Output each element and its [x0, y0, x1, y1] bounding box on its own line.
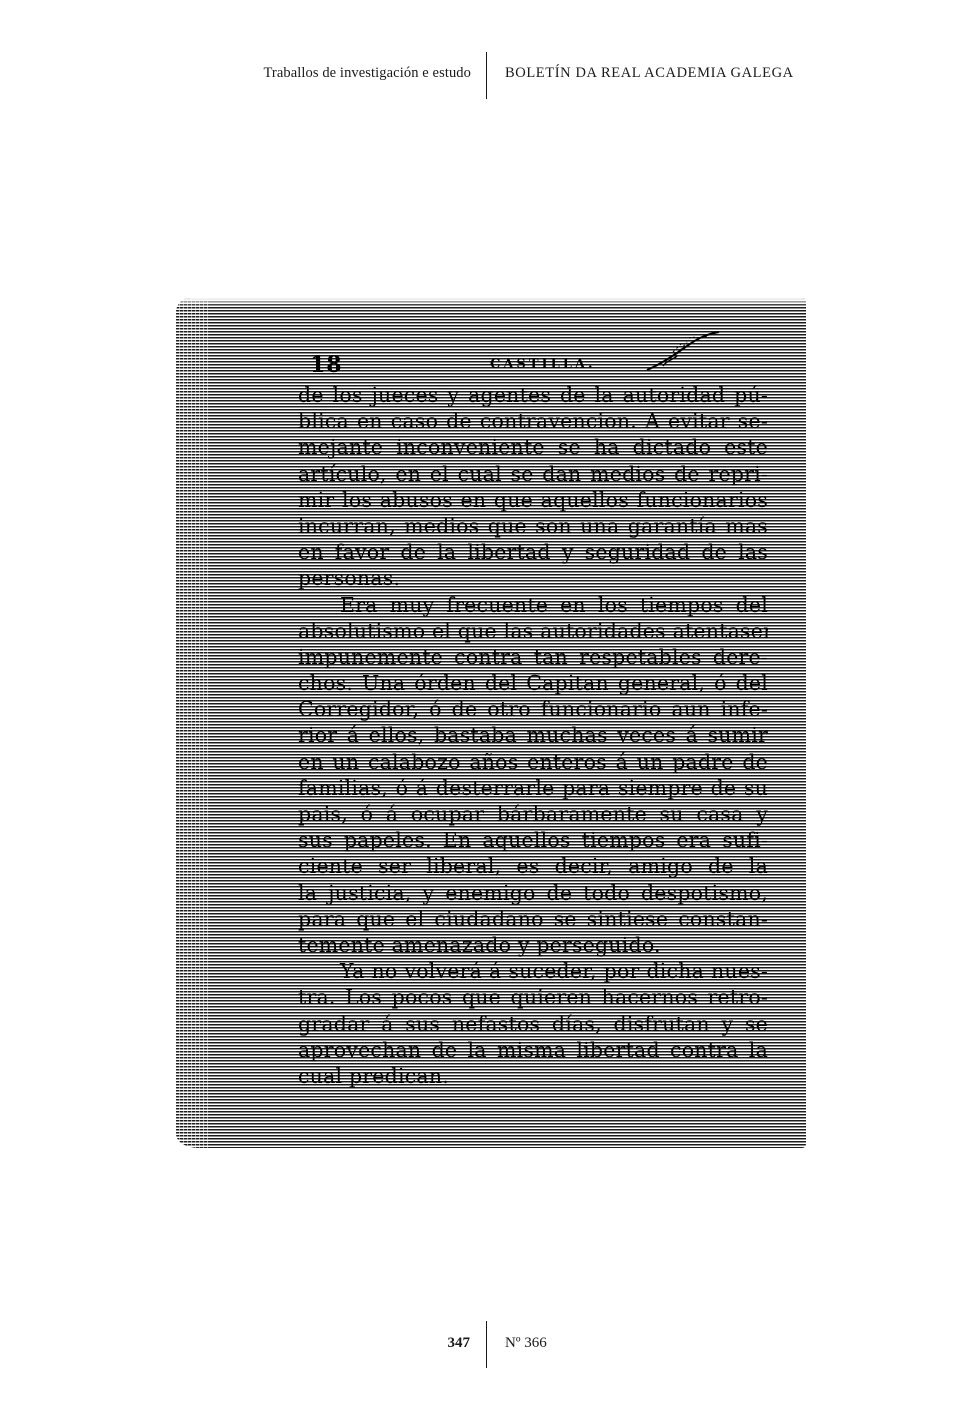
scanned-page-text: 18 CASTILLA. de los jueces y agentes de …	[298, 348, 768, 1089]
scan-body: de los jueces y agentes de la autoridad …	[298, 382, 768, 1089]
scan-folio-number: 18	[310, 352, 343, 378]
scan-text-line: Ya no volverá á suceder, por dicha nues-	[298, 958, 768, 984]
scan-text-line: rior á ellos, bastaba muchas veces á sum…	[298, 722, 768, 748]
scan-text-line: mir los abusos en que aquellos funcionar…	[298, 487, 768, 513]
scan-text-line: artículo, en el cual se dan medios de re…	[298, 461, 768, 487]
scan-text-line: cual predican.	[298, 1063, 768, 1089]
scan-text-line: familias, ó á desterrarle para siempre d…	[298, 775, 768, 801]
scan-text-line: tra. Los pocos que quieren hacernos retr…	[298, 984, 768, 1010]
scan-text-line: pais, ó á ocupar bárbaramente su casa y	[298, 801, 768, 827]
scan-text-line: para que el ciudadano se sintiese consta…	[298, 906, 768, 932]
scan-text-line: sus papeles. En aquellos tiempos era suf…	[298, 827, 768, 853]
scan-text-line: en un calabozo años enteros á un padre d…	[298, 749, 768, 775]
scan-text-line: Era muy frecuente en los tiempos del	[298, 592, 768, 618]
issue-number: Nº 366	[505, 1335, 547, 1352]
footer-divider	[486, 1321, 487, 1368]
scan-text-line: impunemente contra tan respetables dere-	[298, 644, 768, 670]
scan-text-line: absolutismo el que las autoridades atent…	[298, 618, 768, 644]
page-number: 347	[448, 1335, 471, 1352]
scan-text-line: mejante inconveniente se ha dictado este	[298, 434, 768, 460]
scan-text-line: personas.	[298, 565, 768, 591]
journal-title: BOLETÍN DA REAL ACADEMIA GALEGA	[505, 65, 794, 82]
scan-running-head: 18 CASTILLA.	[298, 348, 768, 382]
scan-text-line: incurran, medios que son una garantía ma…	[298, 513, 768, 539]
scan-text-line: la justicia, y enemigo de todo despotism…	[298, 880, 768, 906]
header-divider	[486, 52, 487, 99]
scan-running-title: CASTILLA.	[490, 357, 595, 372]
scan-text-line: aprovechan de la misma libertad contra l…	[298, 1037, 768, 1063]
scan-text-line: de los jueces y agentes de la autoridad …	[298, 382, 768, 408]
scan-text-line: en favor de la libertad y seguridad de l…	[298, 539, 768, 565]
scanned-page-image: 18 CASTILLA. de los jueces y agentes de …	[176, 298, 806, 1148]
scan-text-line: blica en caso de contravencion. A evitar…	[298, 408, 768, 434]
running-header: Traballos de investigación e estudo BOLE…	[0, 52, 975, 100]
scan-text-line: temente amenazado y perseguido.	[298, 932, 768, 958]
scan-text-line: chos. Una órden del Capitan general, ó d…	[298, 670, 768, 696]
scan-text-line: Corregidor, ó de otro funcionario aun in…	[298, 696, 768, 722]
page-footer: 347 Nº 366	[0, 1321, 975, 1369]
scan-text-line: gradar á sus nefastos días, disfrutan y …	[298, 1011, 768, 1037]
scan-text-line: ciente ser liberal, es decir, amigo de l…	[298, 853, 768, 879]
pen-flourish-icon	[643, 330, 723, 374]
section-title: Traballos de investigación e estudo	[263, 65, 471, 82]
